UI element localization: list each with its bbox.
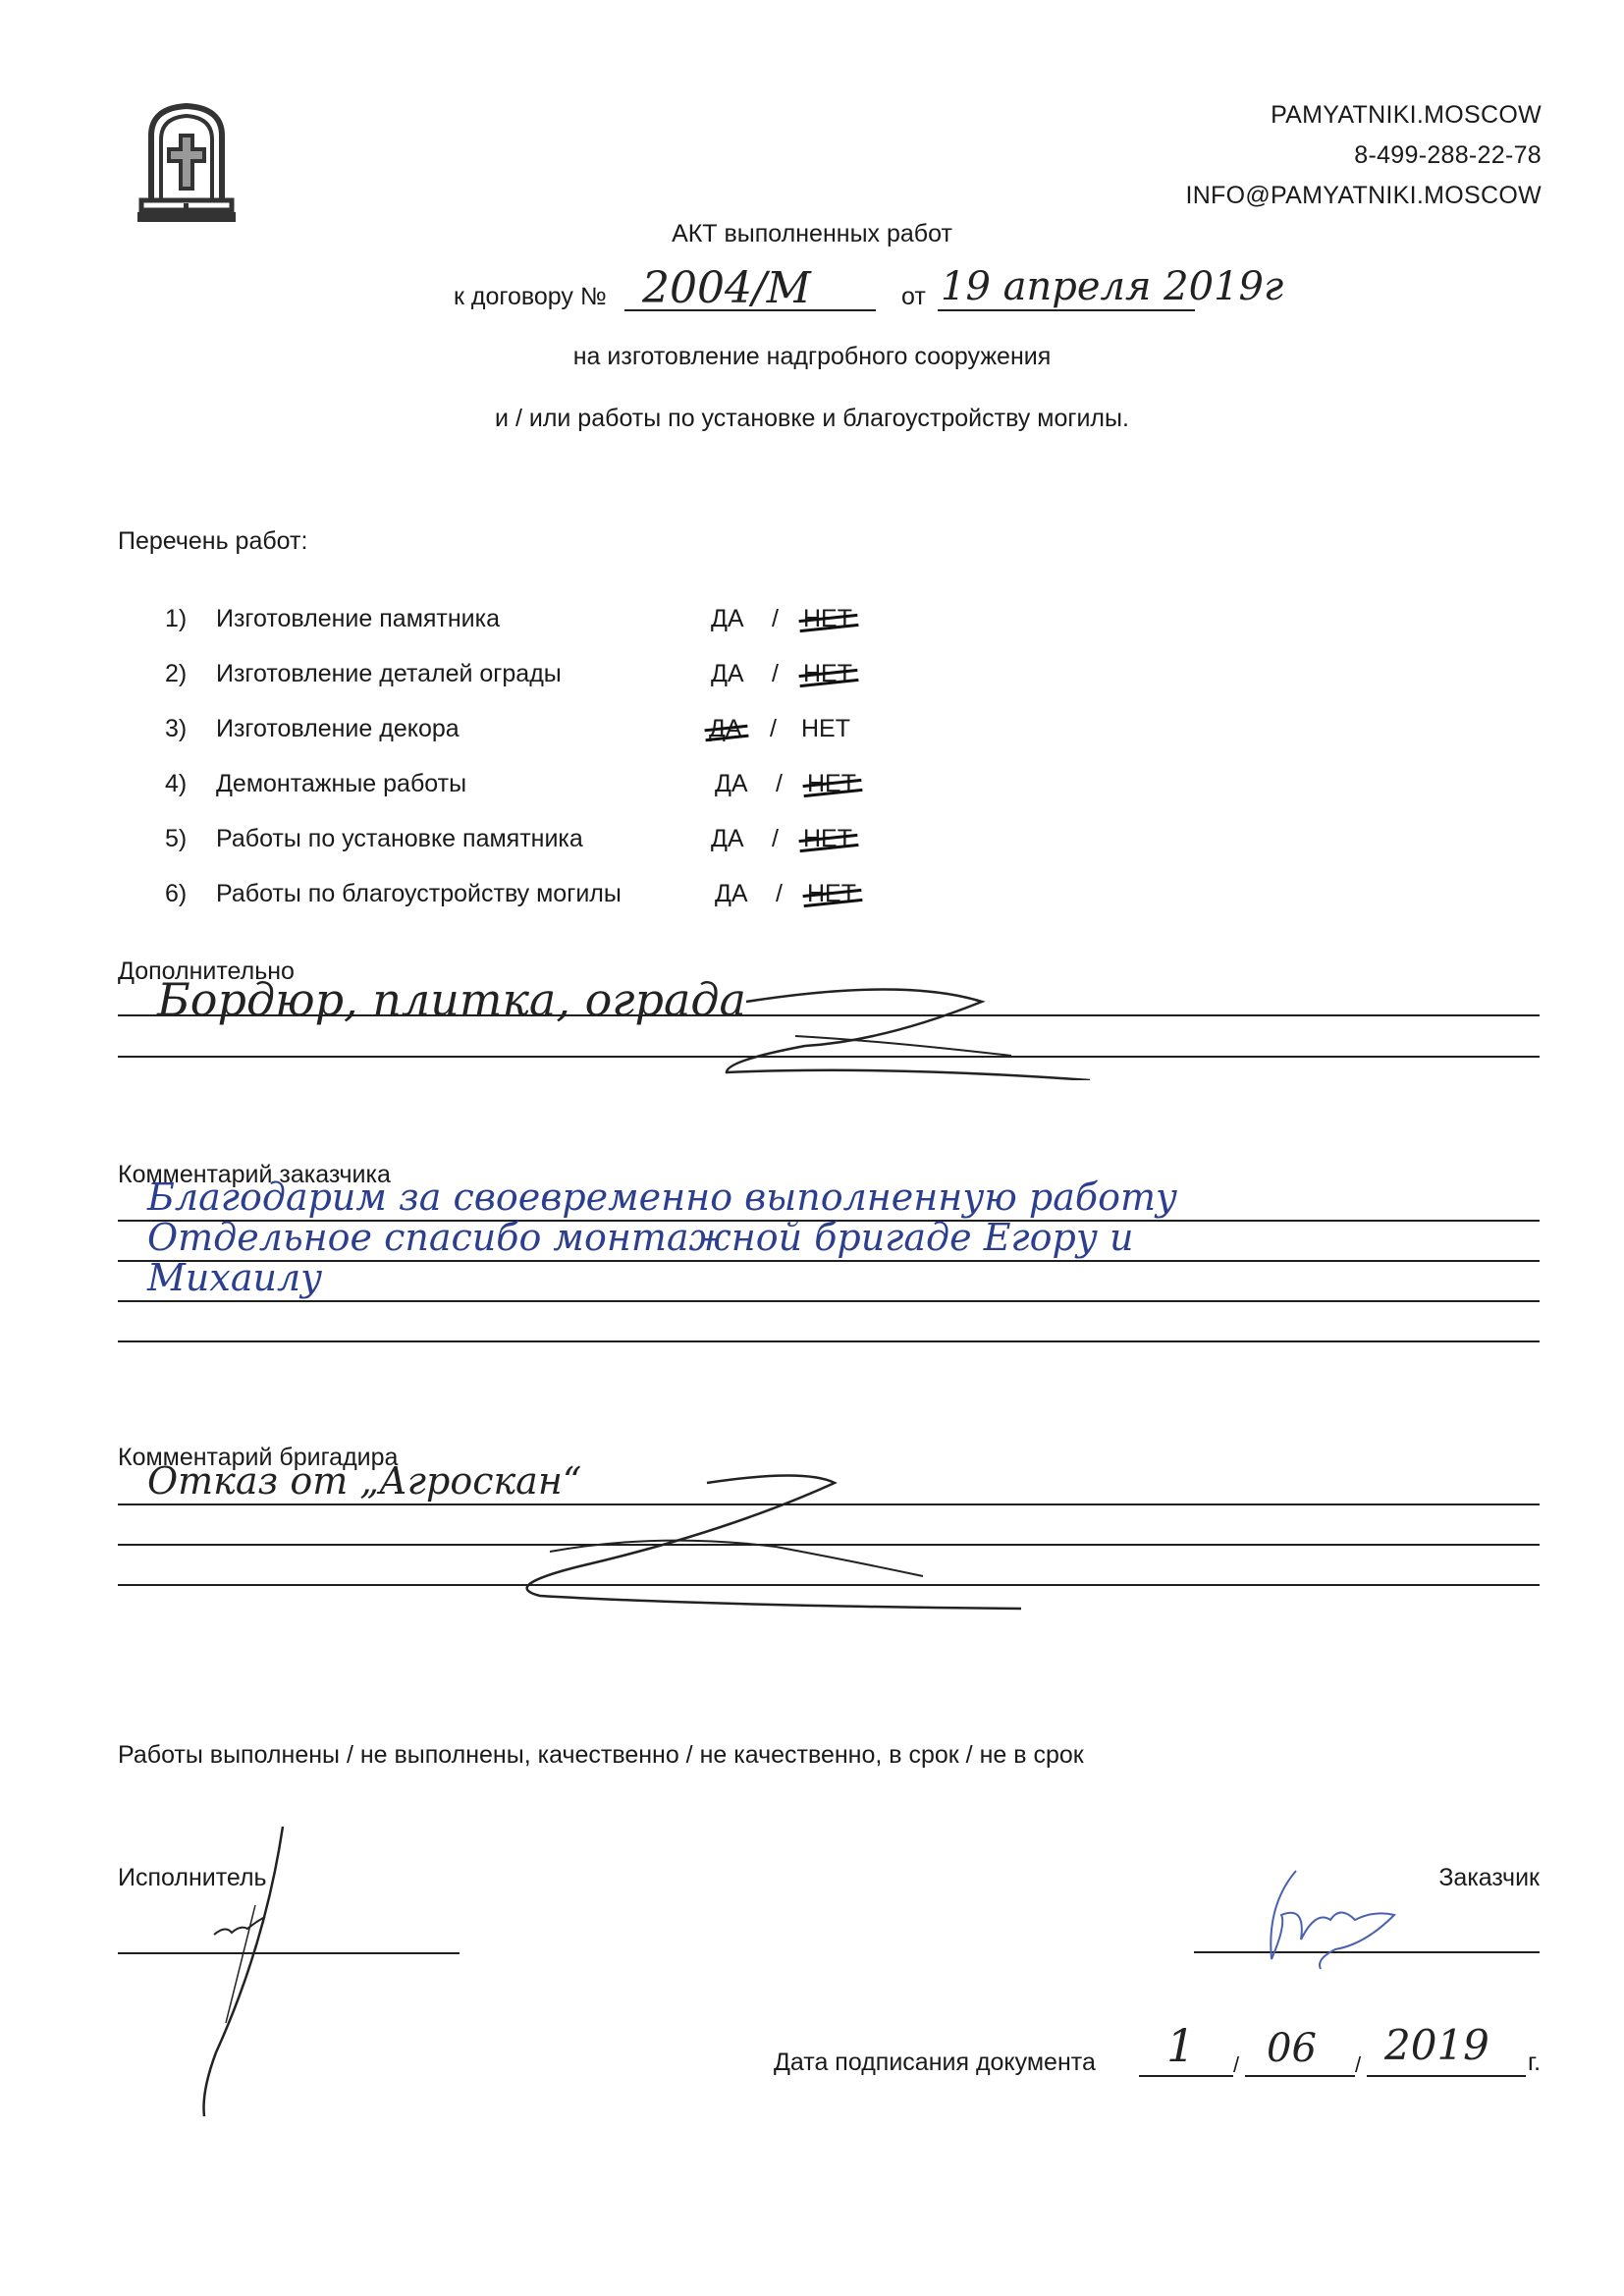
contractor-label: Исполнитель	[118, 1866, 267, 1890]
work-item-no: НЕТ	[803, 607, 852, 631]
work-item-separator: /	[770, 717, 777, 741]
works-heading: Перечень работ:	[118, 529, 307, 554]
work-item-number: 3)	[165, 717, 187, 741]
comment-line	[118, 1260, 1540, 1262]
work-item-label: Изготовление декора	[216, 717, 460, 741]
customer-signature	[1247, 1866, 1424, 1974]
work-item-no: НЕТ	[807, 772, 856, 796]
work-item-number: 2)	[165, 662, 187, 686]
comment-handwritten-text: Отказ от „Агроскан“	[147, 1462, 581, 1500]
date-separator: /	[1355, 2054, 1361, 2076]
comment-line	[118, 1584, 1540, 1586]
work-item-label: Демонтажные работы	[216, 772, 466, 796]
comment-line	[118, 1544, 1540, 1546]
company-contacts: PAMYATNIKI.MOSCOW 8-499-288-22-78 INFO@P…	[1185, 95, 1542, 216]
work-item-number: 5)	[165, 827, 187, 851]
work-item: 6)Работы по благоустройству могилыДА/НЕТ	[0, 882, 1624, 915]
strike-through-scribble	[511, 1473, 1060, 1611]
work-item-label: Изготовление памятника	[216, 607, 500, 631]
work-item-no: НЕТ	[807, 882, 856, 906]
work-item-no: НЕТ	[801, 717, 850, 741]
company-phone: 8-499-288-22-78	[1185, 136, 1542, 176]
tombstone-cross-icon	[137, 98, 236, 224]
work-item: 1)Изготовление памятникаДА/НЕТ	[0, 607, 1624, 640]
customer-signature-line	[1194, 1951, 1540, 1953]
signing-year: 2019	[1384, 2025, 1489, 2066]
work-item: 5)Работы по установке памятникаДА/НЕТ	[0, 827, 1624, 860]
work-item: 3)Изготовление декораДА/НЕТ	[0, 717, 1624, 750]
work-item-separator: /	[776, 882, 783, 906]
date-prefix: от	[901, 285, 926, 309]
contract-date: 19 апреля 2019г	[941, 267, 1283, 306]
subtitle-line-2: и / или работы по установке и благоустро…	[0, 407, 1624, 431]
work-item-yes: ДА	[709, 717, 742, 741]
work-item: 2)Изготовление деталей оградыДА/НЕТ	[0, 662, 1624, 695]
work-item-yes: ДА	[711, 607, 744, 631]
work-item-number: 6)	[165, 882, 187, 906]
comment-line	[118, 1503, 1540, 1505]
comment-line	[118, 1340, 1540, 1342]
signing-month: 06	[1267, 2029, 1317, 2068]
work-item-label: Работы по благоустройству могилы	[216, 882, 622, 906]
work-item: 4)Демонтажные работыДА/НЕТ	[0, 772, 1624, 805]
work-item-label: Изготовление деталей ограды	[216, 662, 562, 686]
completion-statement: Работы выполнены / не выполнены, качеств…	[118, 1743, 1084, 1768]
contract-date-line	[938, 309, 1195, 311]
strike-through-scribble	[687, 982, 1100, 1080]
signing-date-suffix: г.	[1528, 2050, 1541, 2075]
company-email: INFO@PAMYATNIKI.MOSCOW	[1185, 176, 1542, 216]
work-item-number: 1)	[165, 607, 187, 631]
signing-day-line	[1139, 2075, 1233, 2077]
subtitle-line-1: на изготовление надгробного сооружения	[0, 345, 1624, 369]
contractor-signature-line	[118, 1952, 460, 1954]
work-item-separator: /	[776, 772, 783, 796]
work-item-separator: /	[772, 607, 779, 631]
signing-day: 1	[1166, 2023, 1195, 2068]
work-item-yes: ДА	[715, 882, 748, 906]
contract-prefix: к договору №	[454, 285, 607, 309]
company-site: PAMYATNIKI.MOSCOW	[1185, 95, 1542, 136]
additional-handwritten: Бордюр, плитка, ограда	[157, 977, 746, 1022]
work-item-no: НЕТ	[803, 827, 852, 851]
additional-line-2	[118, 1056, 1540, 1058]
work-item-yes: ДА	[711, 827, 744, 851]
work-item-separator: /	[772, 662, 779, 686]
work-item-number: 4)	[165, 772, 187, 796]
signing-month-line	[1245, 2075, 1355, 2077]
work-item-yes: ДА	[715, 772, 748, 796]
work-item-label: Работы по установке памятника	[216, 827, 583, 851]
comment-handwritten-text: Михаилу	[147, 1259, 322, 1296]
contract-number: 2004/М	[642, 267, 811, 310]
comment-handwritten-text: Благодарим за своевременно выполненную р…	[147, 1178, 1177, 1216]
signing-date-label: Дата подписания документа	[774, 2050, 1096, 2075]
date-separator: /	[1233, 2054, 1239, 2076]
comment-handwritten-text: Отдельное спасибо монтажной бригаде Егор…	[147, 1219, 1133, 1256]
work-item-no: НЕТ	[803, 662, 852, 686]
customer-label: Заказчик	[1438, 1866, 1540, 1890]
work-item-separator: /	[772, 827, 779, 851]
work-item-yes: ДА	[711, 662, 744, 686]
comment-line	[118, 1300, 1540, 1302]
document-title: АКТ выполненных работ	[0, 222, 1624, 246]
signing-year-line	[1367, 2075, 1526, 2077]
